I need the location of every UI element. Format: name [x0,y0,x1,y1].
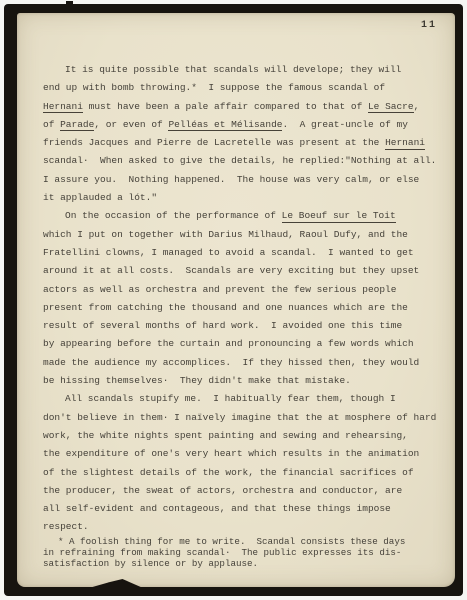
text-segment: present from catching the thousand and o… [43,302,408,313]
text-segment: . A great-uncle of my [282,119,407,130]
text-line: the producer, the sweat of actors, orche… [43,482,451,500]
footnote-line: * A foolish thing for me to write. Scand… [43,536,451,547]
text-line: friends Jacques and Pierre de Lacretelle… [43,134,451,152]
text-line: the expenditure of one's very heart whic… [43,445,451,463]
scanned-document-screenshot: 11 It is quite possible that scandals wi… [0,0,467,600]
underlined-title: Le Sacre [368,101,414,114]
text-line: work, the white nights spent painting an… [43,427,451,445]
page-number: 11 [421,20,437,31]
text-segment: work, the white nights spent painting an… [43,430,408,441]
text-line: Hernani must have been a pale affair com… [43,98,451,116]
text-segment: made the audience my accomplices. If the… [43,357,419,368]
text-segment: On the occasion of the performance of [65,210,282,221]
text-segment: satisfaction by silence or by applause. [43,558,258,569]
text-segment: which I put on together with Darius Milh… [43,229,408,240]
text-line: made the audience my accomplices. If the… [43,354,451,372]
text-segment: scandal· When asked to give the details,… [43,155,436,166]
text-segment: end up with bomb throwing.* I suppose th… [43,82,385,93]
text-segment: , or even of [94,119,168,130]
text-segment: around it at all costs. Scandals are ver… [43,265,419,276]
text-line: it applauded a lót." [43,189,451,207]
text-line: result of several months of hard work. I… [43,317,451,335]
text-line: by appearing before the curtain and pron… [43,335,451,353]
text-segment: the producer, the sweat of actors, orche… [43,485,402,496]
text-segment: All scandals stupify me. I habitually fe… [65,393,396,404]
text-line: end up with bomb throwing.* I suppose th… [43,79,451,97]
text-line: which I put on together with Darius Milh… [43,226,451,244]
text-line: scandal· When asked to give the details,… [43,152,451,170]
text-segment: * A foolish thing for me to write. Scand… [58,536,405,547]
text-segment: , [414,101,420,112]
text-segment: by appearing before the curtain and pron… [43,338,414,349]
text-line: of the slightest details of the work, th… [43,464,451,482]
text-line: around it at all costs. Scandals are ver… [43,262,451,280]
footnote-line: satisfaction by silence or by applause. [43,558,451,569]
text-segment: friends Jacques and Pierre de Lacretelle… [43,137,385,148]
page-corner-wedge [89,579,143,588]
text-segment: of [43,119,60,130]
text-segment: all self-evident and contageous, and tha… [43,503,391,514]
text-line: be hissing themselves· They didn't make … [43,372,451,390]
underlined-title: Pelléas et Mélisande [168,119,282,132]
text-segment: don't believe in them· I naïvely imagine… [43,412,436,423]
text-segment: be hissing themselves· They didn't make … [43,375,351,386]
document-page: 11 It is quite possible that scandals wi… [17,13,455,587]
text-line: of Parade, or even of Pelléas et Mélisan… [43,116,451,134]
text-line: don't believe in them· I naïvely imagine… [43,409,451,427]
footnote: * A foolish thing for me to write. Scand… [43,536,451,569]
text-line: actors as well as orchestra and prevent … [43,281,451,299]
text-line: Fratellini clowns, I managed to avoid a … [43,244,451,262]
text-segment: of the slightest details of the work, th… [43,467,414,478]
text-line: respect. [43,518,451,536]
body-text: It is quite possible that scandals will … [43,61,451,537]
text-segment: Fratellini clowns, I managed to avoid a … [43,247,414,258]
text-segment: actors as well as orchestra and prevent … [43,284,396,295]
text-segment: the expenditure of one's very heart whic… [43,448,419,459]
text-line: On the occasion of the performance of Le… [43,207,451,225]
text-segment: result of several months of hard work. I… [43,320,402,331]
text-line: all self-evident and contageous, and tha… [43,500,451,518]
frame-notch [66,1,73,6]
black-mount-frame: 11 It is quite possible that scandals wi… [4,4,463,596]
text-segment: must have been a pale affair compared to… [83,101,368,112]
underlined-title: Hernani [43,101,83,114]
text-line: present from catching the thousand and o… [43,299,451,317]
text-segment: It is quite possible that scandals will … [65,64,401,75]
text-segment: I assure you. Nothing happened. The hous… [43,174,419,185]
text-segment: it applauded a lót." [43,192,157,203]
footnote-line: in refraining from making scandal· The p… [43,547,451,558]
text-line: All scandals stupify me. I habitually fe… [43,390,451,408]
text-segment: in refraining from making scandal· The p… [43,547,401,558]
underlined-title: Hernani [385,137,425,150]
text-line: It is quite possible that scandals will … [43,61,451,79]
text-segment: respect. [43,521,89,532]
text-line: I assure you. Nothing happened. The hous… [43,171,451,189]
underlined-title: Le Boeuf sur le Toit [282,210,396,223]
underlined-title: Parade [60,119,94,132]
